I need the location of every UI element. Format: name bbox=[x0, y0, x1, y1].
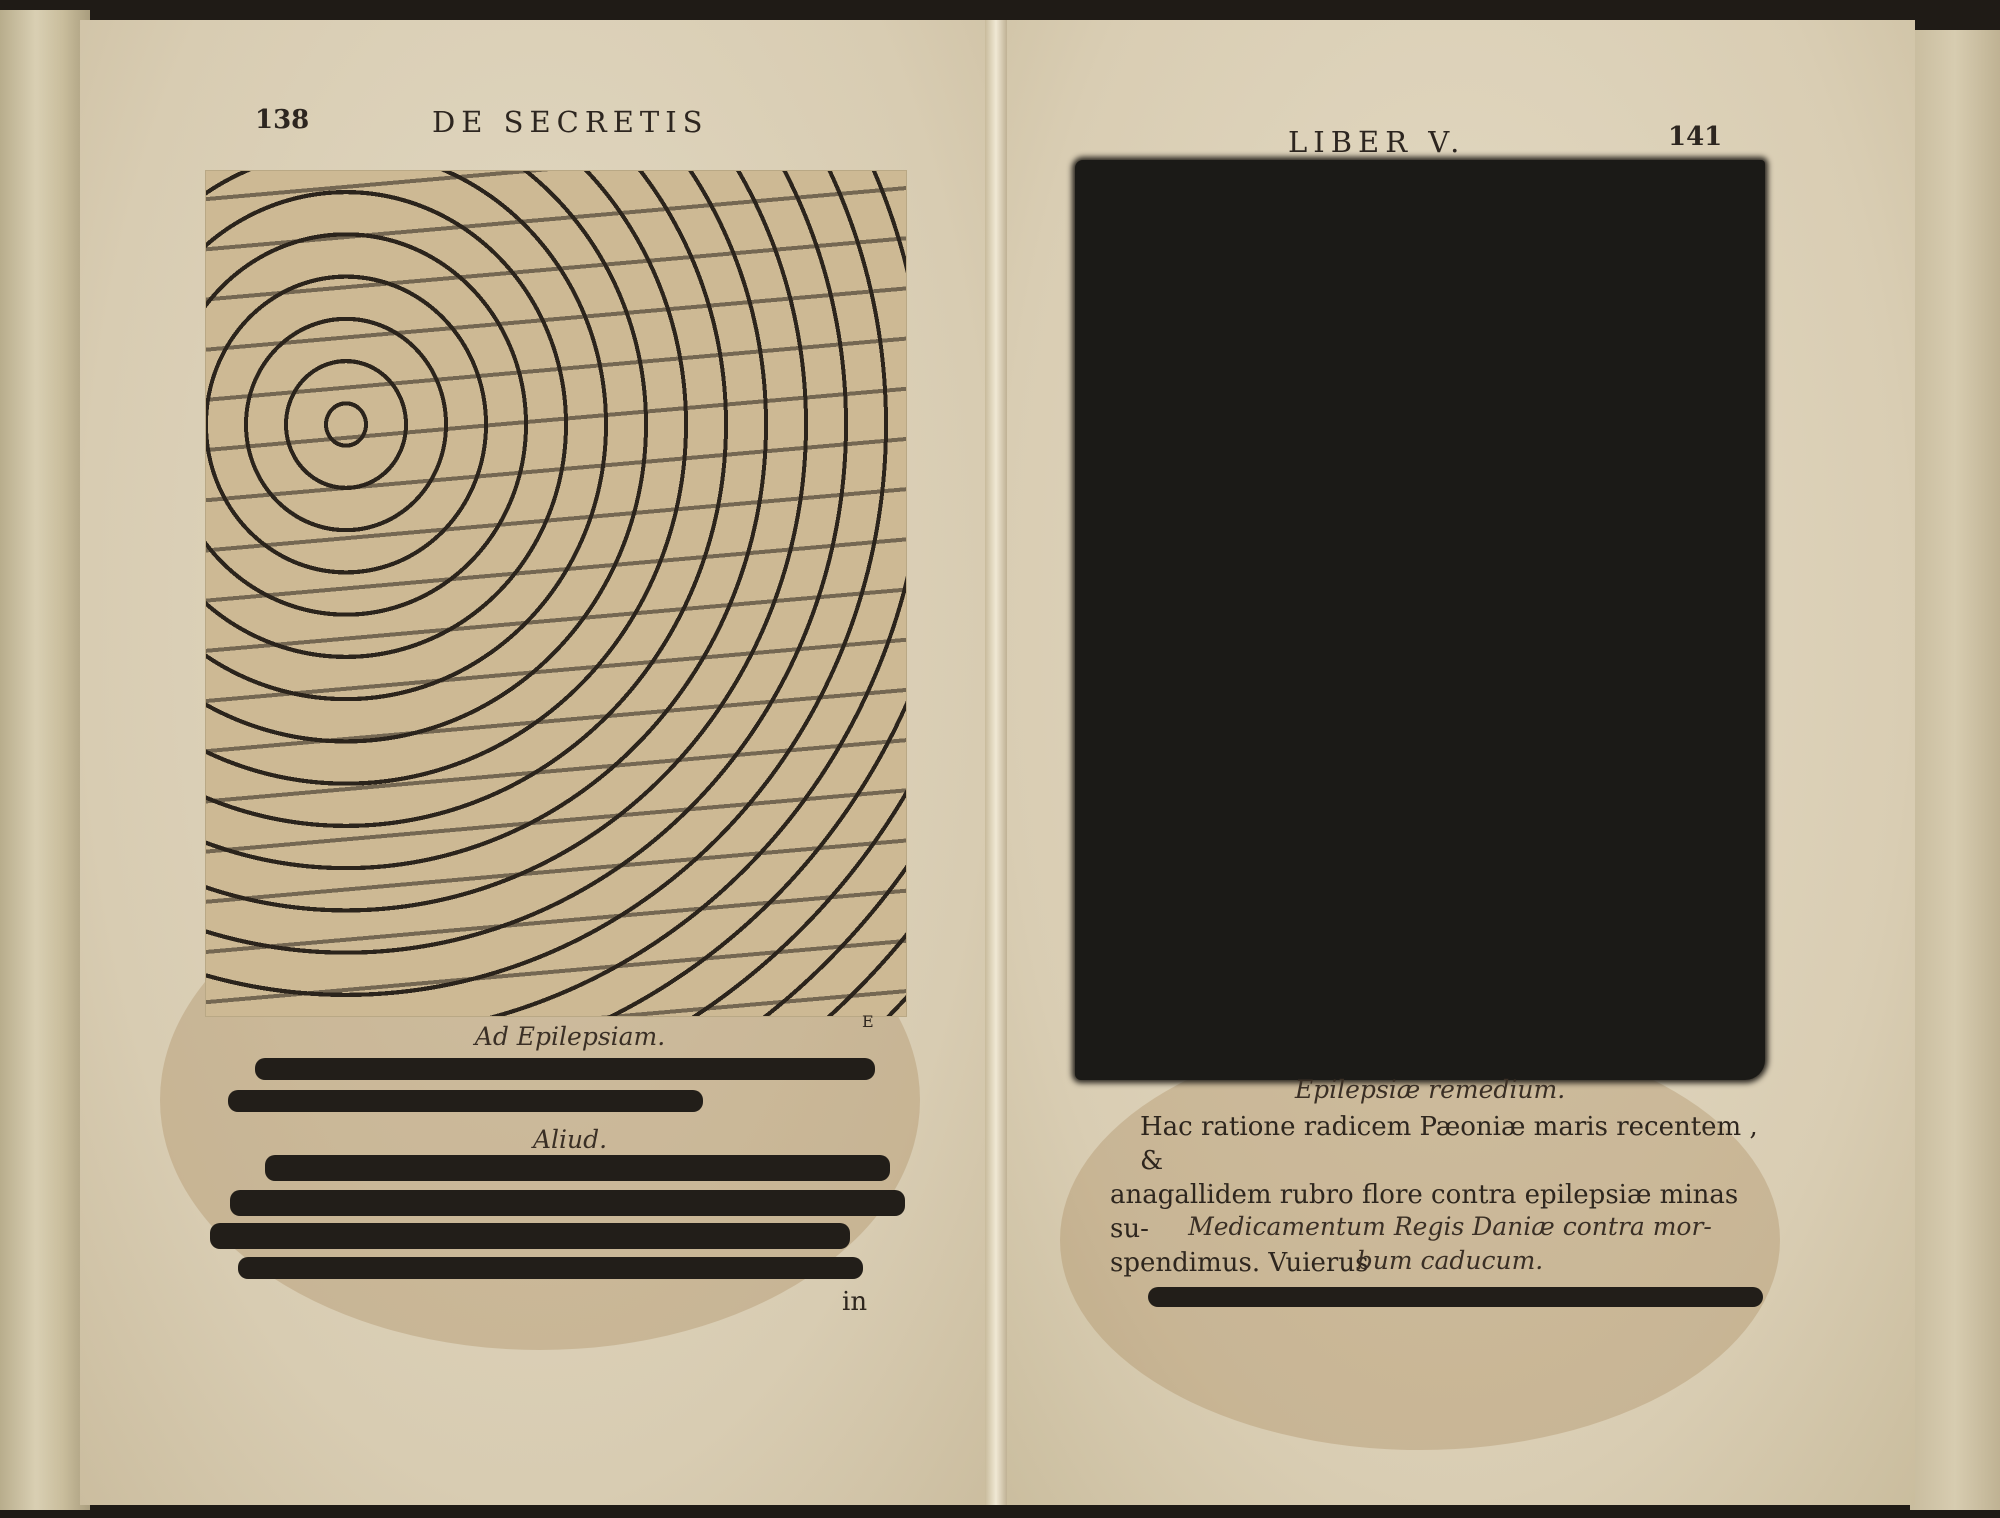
right-page-number: 141 bbox=[1668, 122, 1722, 152]
left-page-number: 138 bbox=[255, 105, 309, 135]
scribbled-over-text-block bbox=[205, 170, 907, 1017]
redaction-bar bbox=[210, 1223, 850, 1249]
right-heading-medicamentum: Medicamentum Regis Daniæ contra mor- bum… bbox=[1150, 1210, 1750, 1278]
open-book: 138 DE SECRETIS Ad Epilepsiam. Aliud. in… bbox=[0, 0, 2000, 1518]
signature-mark: E bbox=[862, 1005, 874, 1039]
paragraph-line: Hac ratione radicem Pæoniæ maris recente… bbox=[1110, 1110, 1770, 1178]
left-running-head: DE SECRETIS bbox=[432, 105, 709, 139]
redaction-bar bbox=[1148, 1287, 1763, 1307]
redaction-bar bbox=[238, 1257, 863, 1279]
redaction-bar bbox=[255, 1058, 875, 1080]
left-heading-ad-epilepsiam: Ad Epilepsiam. bbox=[420, 1022, 720, 1051]
heading-line: bum caducum. bbox=[1150, 1244, 1750, 1278]
heading-line: Medicamentum Regis Daniæ contra mor- bbox=[1150, 1210, 1750, 1244]
left-page-edges bbox=[0, 10, 90, 1510]
catchword: in bbox=[842, 1285, 867, 1319]
right-page-edges bbox=[1910, 30, 2000, 1510]
right-running-head: LIBER V. bbox=[1288, 125, 1465, 159]
book-gutter bbox=[985, 20, 1007, 1505]
redaction-bar bbox=[228, 1090, 703, 1112]
right-heading-epilepsiae-remedium: Epilepsiæ remedium. bbox=[1230, 1075, 1630, 1104]
left-heading-aliud: Aliud. bbox=[470, 1125, 670, 1154]
redaction-bar bbox=[265, 1155, 890, 1181]
blacked-out-text-block bbox=[1075, 160, 1765, 1080]
redaction-bar bbox=[230, 1190, 905, 1216]
